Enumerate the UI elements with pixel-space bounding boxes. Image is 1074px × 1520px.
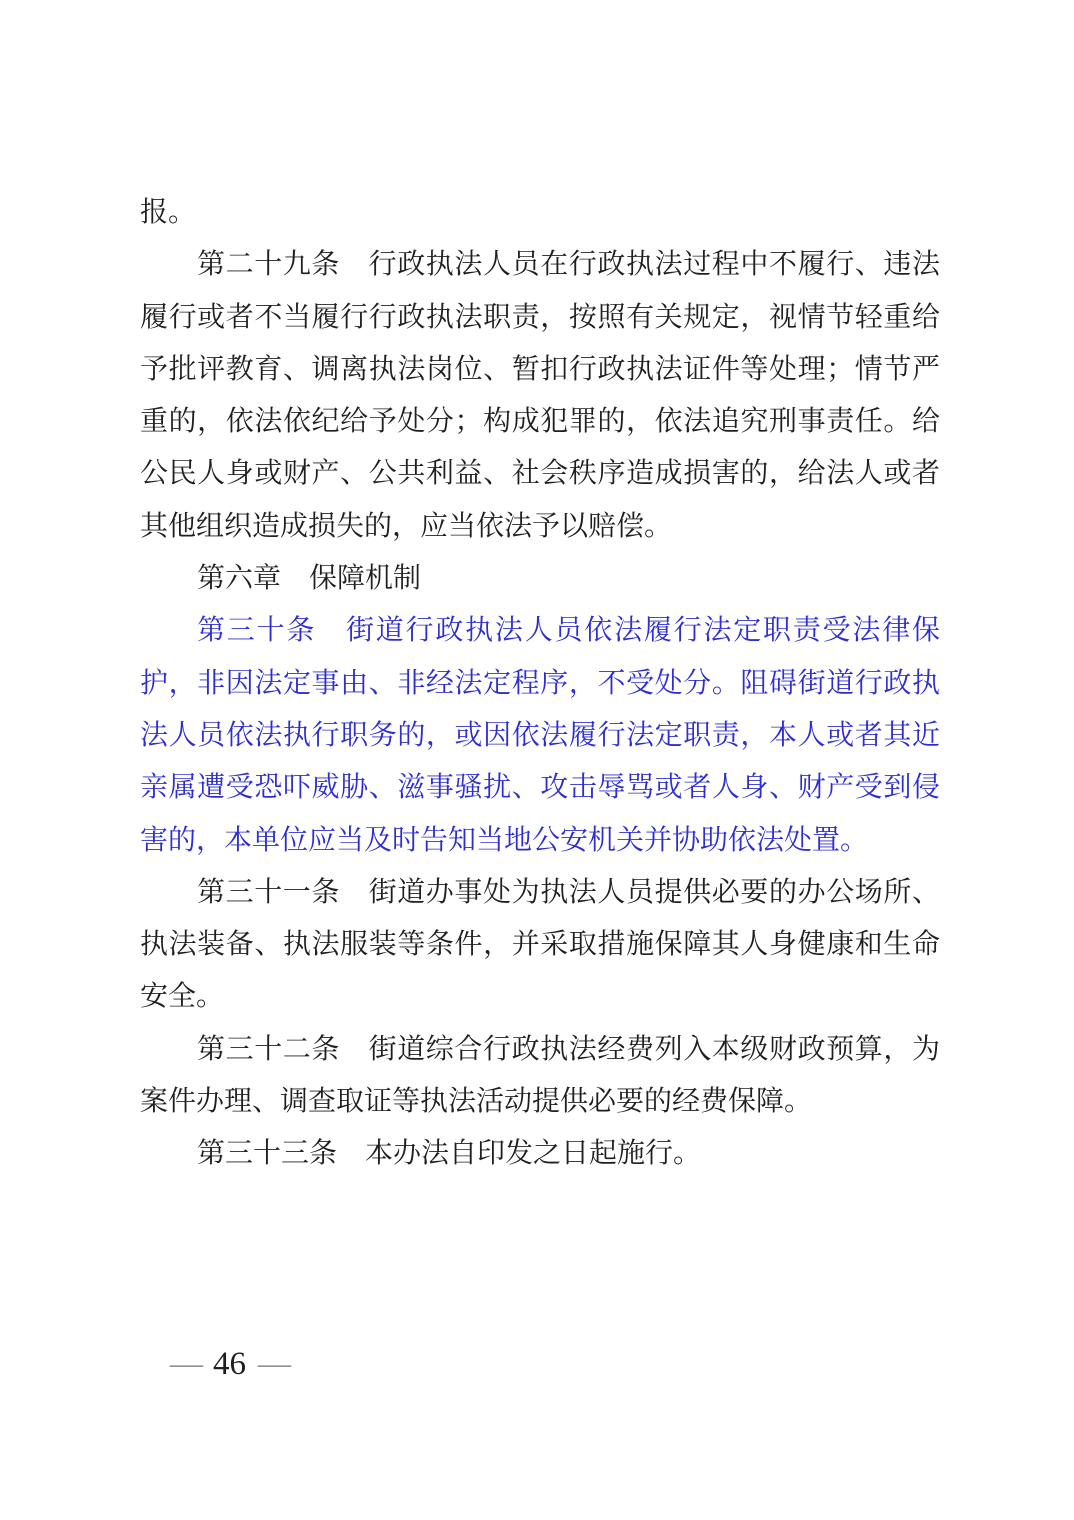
text-line: 重的，依法依纪给予处分；构成犯罪的，依法追究刑事责任。给 bbox=[140, 396, 940, 448]
text-line: 予批评教育、调离执法岗位、暂扣行政执法证件等处理；情节严 bbox=[140, 344, 940, 396]
text-line: 公民人身或财产、公共利益、社会秩序造成损害的，给法人或者 bbox=[140, 448, 940, 500]
text-line: 害的，本单位应当及时告知当地公安机关并协助依法处置。 bbox=[140, 815, 940, 867]
text-line: 第三十一条 街道办事处为执法人员提供必要的办公场所、 bbox=[140, 867, 940, 919]
document-body: 报。第二十九条 行政执法人员在行政执法过程中不履行、违法履行或者不当履行行政执法… bbox=[140, 187, 940, 1181]
text-line: 第二十九条 行政执法人员在行政执法过程中不履行、违法 bbox=[140, 239, 940, 291]
text-line: 其他组织造成损失的，应当依法予以赔偿。 bbox=[140, 501, 940, 553]
text-line: 第三十三条 本办法自印发之日起施行。 bbox=[140, 1128, 940, 1180]
text-line: 安全。 bbox=[140, 971, 940, 1023]
text-line: 亲属遭受恐吓威胁、滋事骚扰、攻击辱骂或者人身、财产受到侵 bbox=[140, 762, 940, 814]
page-number: — 46 — bbox=[170, 1346, 289, 1383]
text-line: 第六章 保障机制 bbox=[140, 553, 940, 605]
page-number-dash-right: — bbox=[258, 1346, 289, 1383]
text-line: 第三十二条 街道综合行政执法经费列入本级财政预算，为 bbox=[140, 1024, 940, 1076]
text-line: 报。 bbox=[140, 187, 940, 239]
text-line: 法人员依法执行职务的，或因依法履行法定职责，本人或者其近 bbox=[140, 710, 940, 762]
page-number-value: 46 bbox=[213, 1346, 246, 1383]
text-line: 执法装备、执法服装等条件，并采取措施保障其人身健康和生命 bbox=[140, 919, 940, 971]
text-line: 第三十条 街道行政执法人员依法履行法定职责受法律保 bbox=[140, 605, 940, 657]
page-number-dash-left: — bbox=[170, 1346, 201, 1383]
text-line: 护，非因法定事由、非经法定程序，不受处分。阻碍街道行政执 bbox=[140, 658, 940, 710]
text-line: 履行或者不当履行行政执法职责，按照有关规定，视情节轻重给 bbox=[140, 292, 940, 344]
text-line: 案件办理、调查取证等执法活动提供必要的经费保障。 bbox=[140, 1076, 940, 1128]
